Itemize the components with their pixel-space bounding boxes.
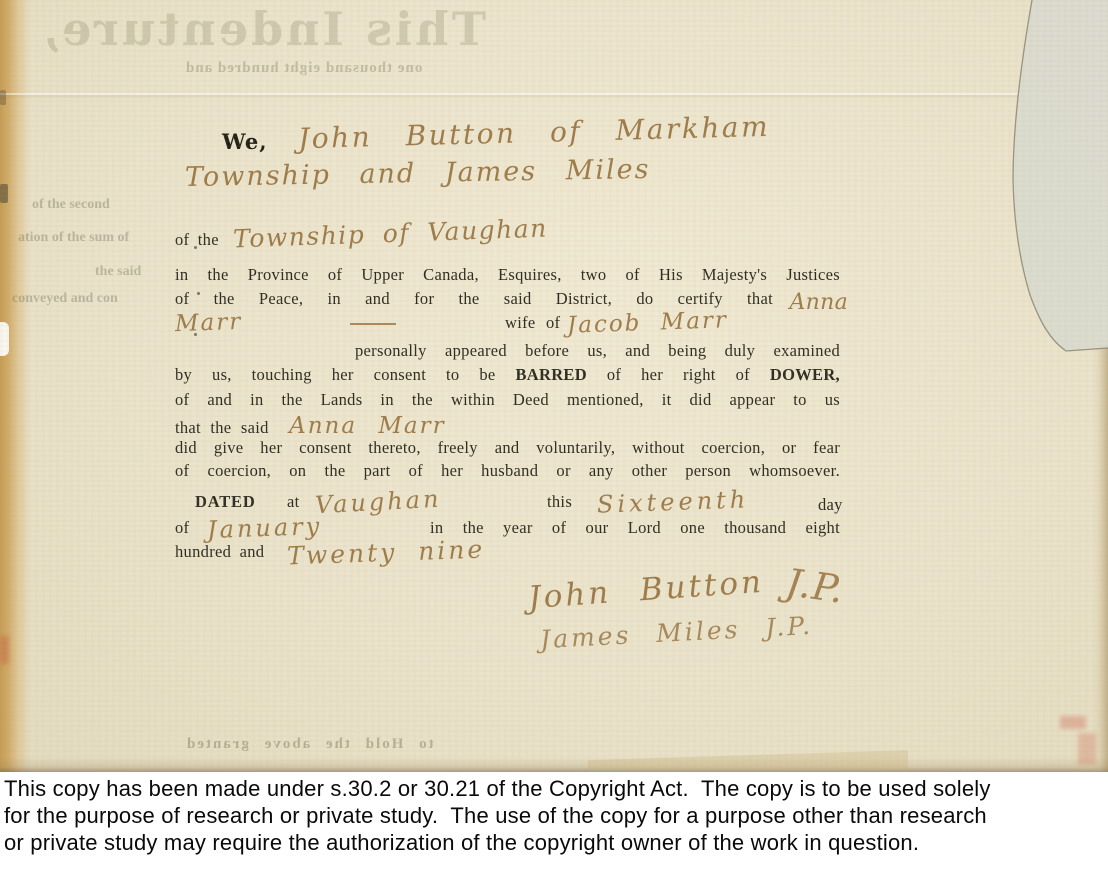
printed-line-year: in the year of our Lord one thousand eig… [430, 519, 840, 538]
printed-line-coercion: of coercion, on the part of her husband … [175, 462, 840, 481]
handwritten-year: Twenty nine [287, 536, 486, 572]
copyright-line-2: for the purpose of research or private s… [4, 802, 987, 829]
bleedthrough-bottom: to Hold the above granted [185, 736, 434, 753]
handwritten-jacob-marr: Jacob Marr [567, 307, 729, 339]
printed-wife-of: wife of [505, 314, 560, 333]
copyright-notice: This copy has been made under s.30.2 or … [0, 772, 1108, 869]
printed-day: day [818, 496, 843, 515]
printed-line-province: in the Province of Upper Canada, Esquire… [175, 266, 840, 285]
printed-dated: DATED [195, 493, 256, 512]
bleedthrough-title: This Indenture, [40, 2, 486, 56]
printed-hundred-and: hundred and [175, 543, 264, 562]
copyright-line-3: or private study may require the authori… [4, 829, 919, 856]
printed-dower: DOWER, [770, 365, 840, 384]
printed-line-barred: by us, touching her consent to be BARRED… [175, 366, 840, 385]
paper-background: This Indenture, one thousand eight hundr… [0, 0, 1108, 772]
bleedthrough-fragment: ation of the sum of [18, 230, 129, 246]
printed-we: We, [222, 130, 268, 154]
printed-of-the: of the [175, 231, 219, 250]
printed-line-appeared: personally appeared before us, and being… [355, 342, 840, 361]
printed-byus-1: by us, touching her consent to be [175, 365, 496, 384]
printed-barred: BARRED [515, 365, 586, 384]
handwritten-place: Vaughan [314, 486, 442, 520]
bleedthrough-subtitle: one thousand eight hundred and [185, 60, 422, 77]
signature-john-button: John Button J.P. [528, 572, 868, 618]
printed-this: this [547, 493, 572, 512]
printed-at: at [287, 493, 300, 512]
printed-that-the-said: that the said [175, 418, 269, 437]
printed-line-lands: of and in the Lands in the within Deed m… [175, 391, 840, 410]
bleedthrough-fragment: of the second [32, 197, 110, 213]
copyright-line-1: This copy has been made under s.30.2 or … [4, 775, 991, 802]
line-that-the-said: that the said Anna Marr [175, 413, 446, 439]
bleedthrough-fragment: the said [95, 264, 141, 280]
bleedthrough-fragment: conveyed and con [12, 291, 118, 307]
blank-rule [350, 323, 396, 325]
printed-peace-text: of the Peace, in and for the said Distri… [175, 290, 773, 309]
printed-line-consent: did give her consent thereto, freely and… [175, 439, 840, 458]
handwritten-anna-marr: Anna Marr [289, 413, 446, 439]
printed-of: of [175, 519, 189, 538]
signature-john-button-jp: J.P. [783, 560, 847, 612]
line-hundred: hundred and Twenty nine [175, 543, 675, 575]
line-marr-wife: Marr wife of Jacob Marr [175, 310, 855, 336]
printed-byus-2: of her right of [607, 365, 750, 384]
document-scan: This Indenture, one thousand eight hundr… [0, 0, 1108, 869]
handwritten-day-word: Sixteenth [597, 486, 750, 519]
handwritten-marr: Marr [175, 309, 243, 338]
signature-john-button-name: John Button [527, 564, 765, 616]
